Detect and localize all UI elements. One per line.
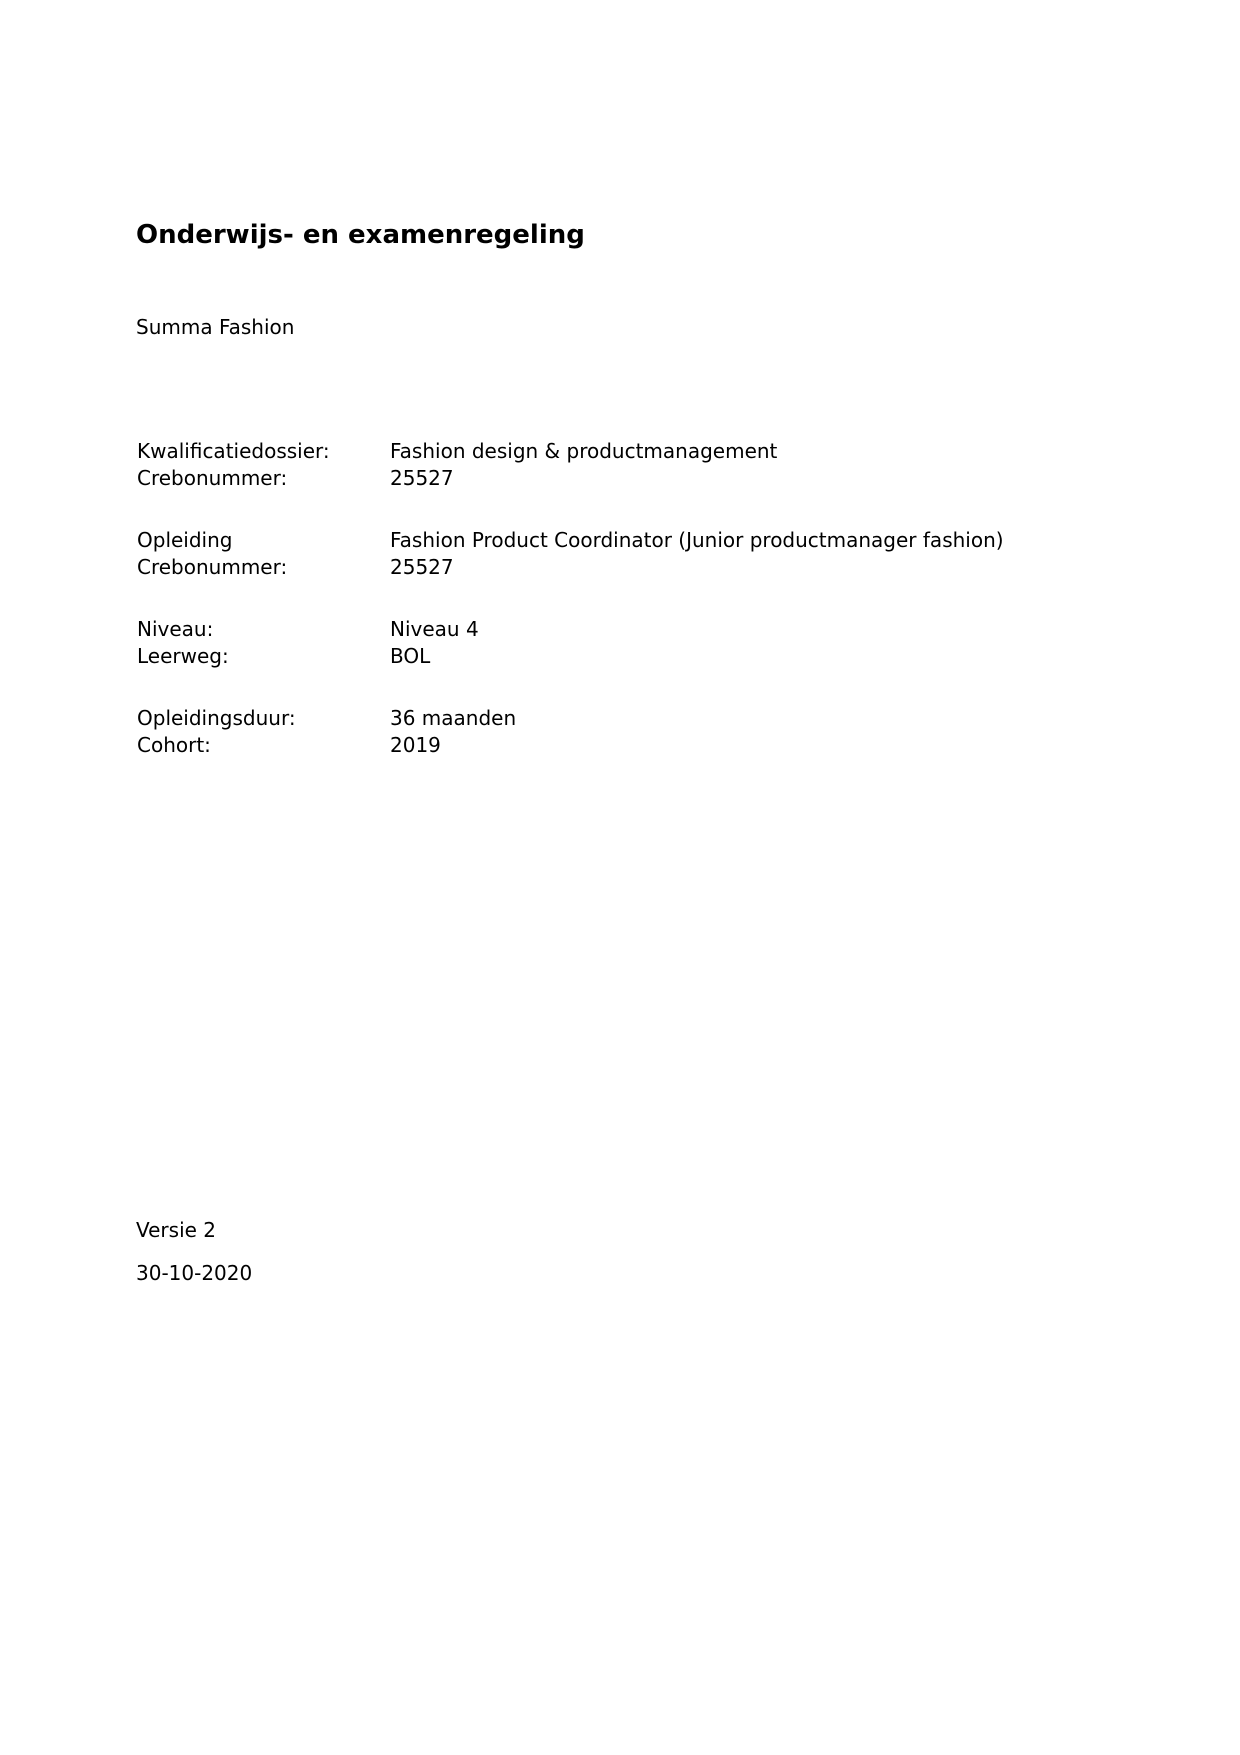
info-label: Leerweg:	[137, 643, 390, 670]
info-row: Opleiding Fashion Product Coordinator (J…	[137, 527, 1004, 554]
info-value: Niveau 4	[390, 616, 479, 643]
info-label: Crebonummer:	[137, 465, 390, 492]
info-value: Fashion Product Coordinator (Junior prod…	[390, 527, 1004, 554]
info-group-qualification: Kwalificatiedossier: Fashion design & pr…	[137, 438, 1004, 491]
info-group-program: Opleiding Fashion Product Coordinator (J…	[137, 527, 1004, 580]
info-value: 2019	[390, 732, 441, 759]
document-title: Onderwijs- en examenregeling	[136, 218, 585, 252]
info-label: Opleidingsduur:	[137, 705, 390, 732]
info-row: Opleidingsduur: 36 maanden	[137, 705, 1004, 732]
info-group-duration: Opleidingsduur: 36 maanden Cohort: 2019	[137, 705, 1004, 758]
version-label: Versie 2	[136, 1217, 216, 1243]
info-group-level: Niveau: Niveau 4 Leerweg: BOL	[137, 616, 1004, 669]
info-value: 25527	[390, 465, 454, 492]
info-label: Kwalificatiedossier:	[137, 438, 390, 465]
organization-name: Summa Fashion	[136, 314, 294, 340]
info-value: 25527	[390, 554, 454, 581]
info-label: Crebonummer:	[137, 554, 390, 581]
info-row: Leerweg: BOL	[137, 643, 1004, 670]
info-value: BOL	[390, 643, 430, 670]
info-row: Niveau: Niveau 4	[137, 616, 1004, 643]
info-value: 36 maanden	[390, 705, 516, 732]
info-value: Fashion design & productmanagement	[390, 438, 777, 465]
info-row: Cohort: 2019	[137, 732, 1004, 759]
document-date: 30-10-2020	[136, 1260, 252, 1286]
info-label: Cohort:	[137, 732, 390, 759]
info-label: Opleiding	[137, 527, 390, 554]
info-row: Kwalificatiedossier: Fashion design & pr…	[137, 438, 1004, 465]
info-row: Crebonummer: 25527	[137, 554, 1004, 581]
info-row: Crebonummer: 25527	[137, 465, 1004, 492]
info-label: Niveau:	[137, 616, 390, 643]
info-table: Kwalificatiedossier: Fashion design & pr…	[137, 438, 1004, 794]
